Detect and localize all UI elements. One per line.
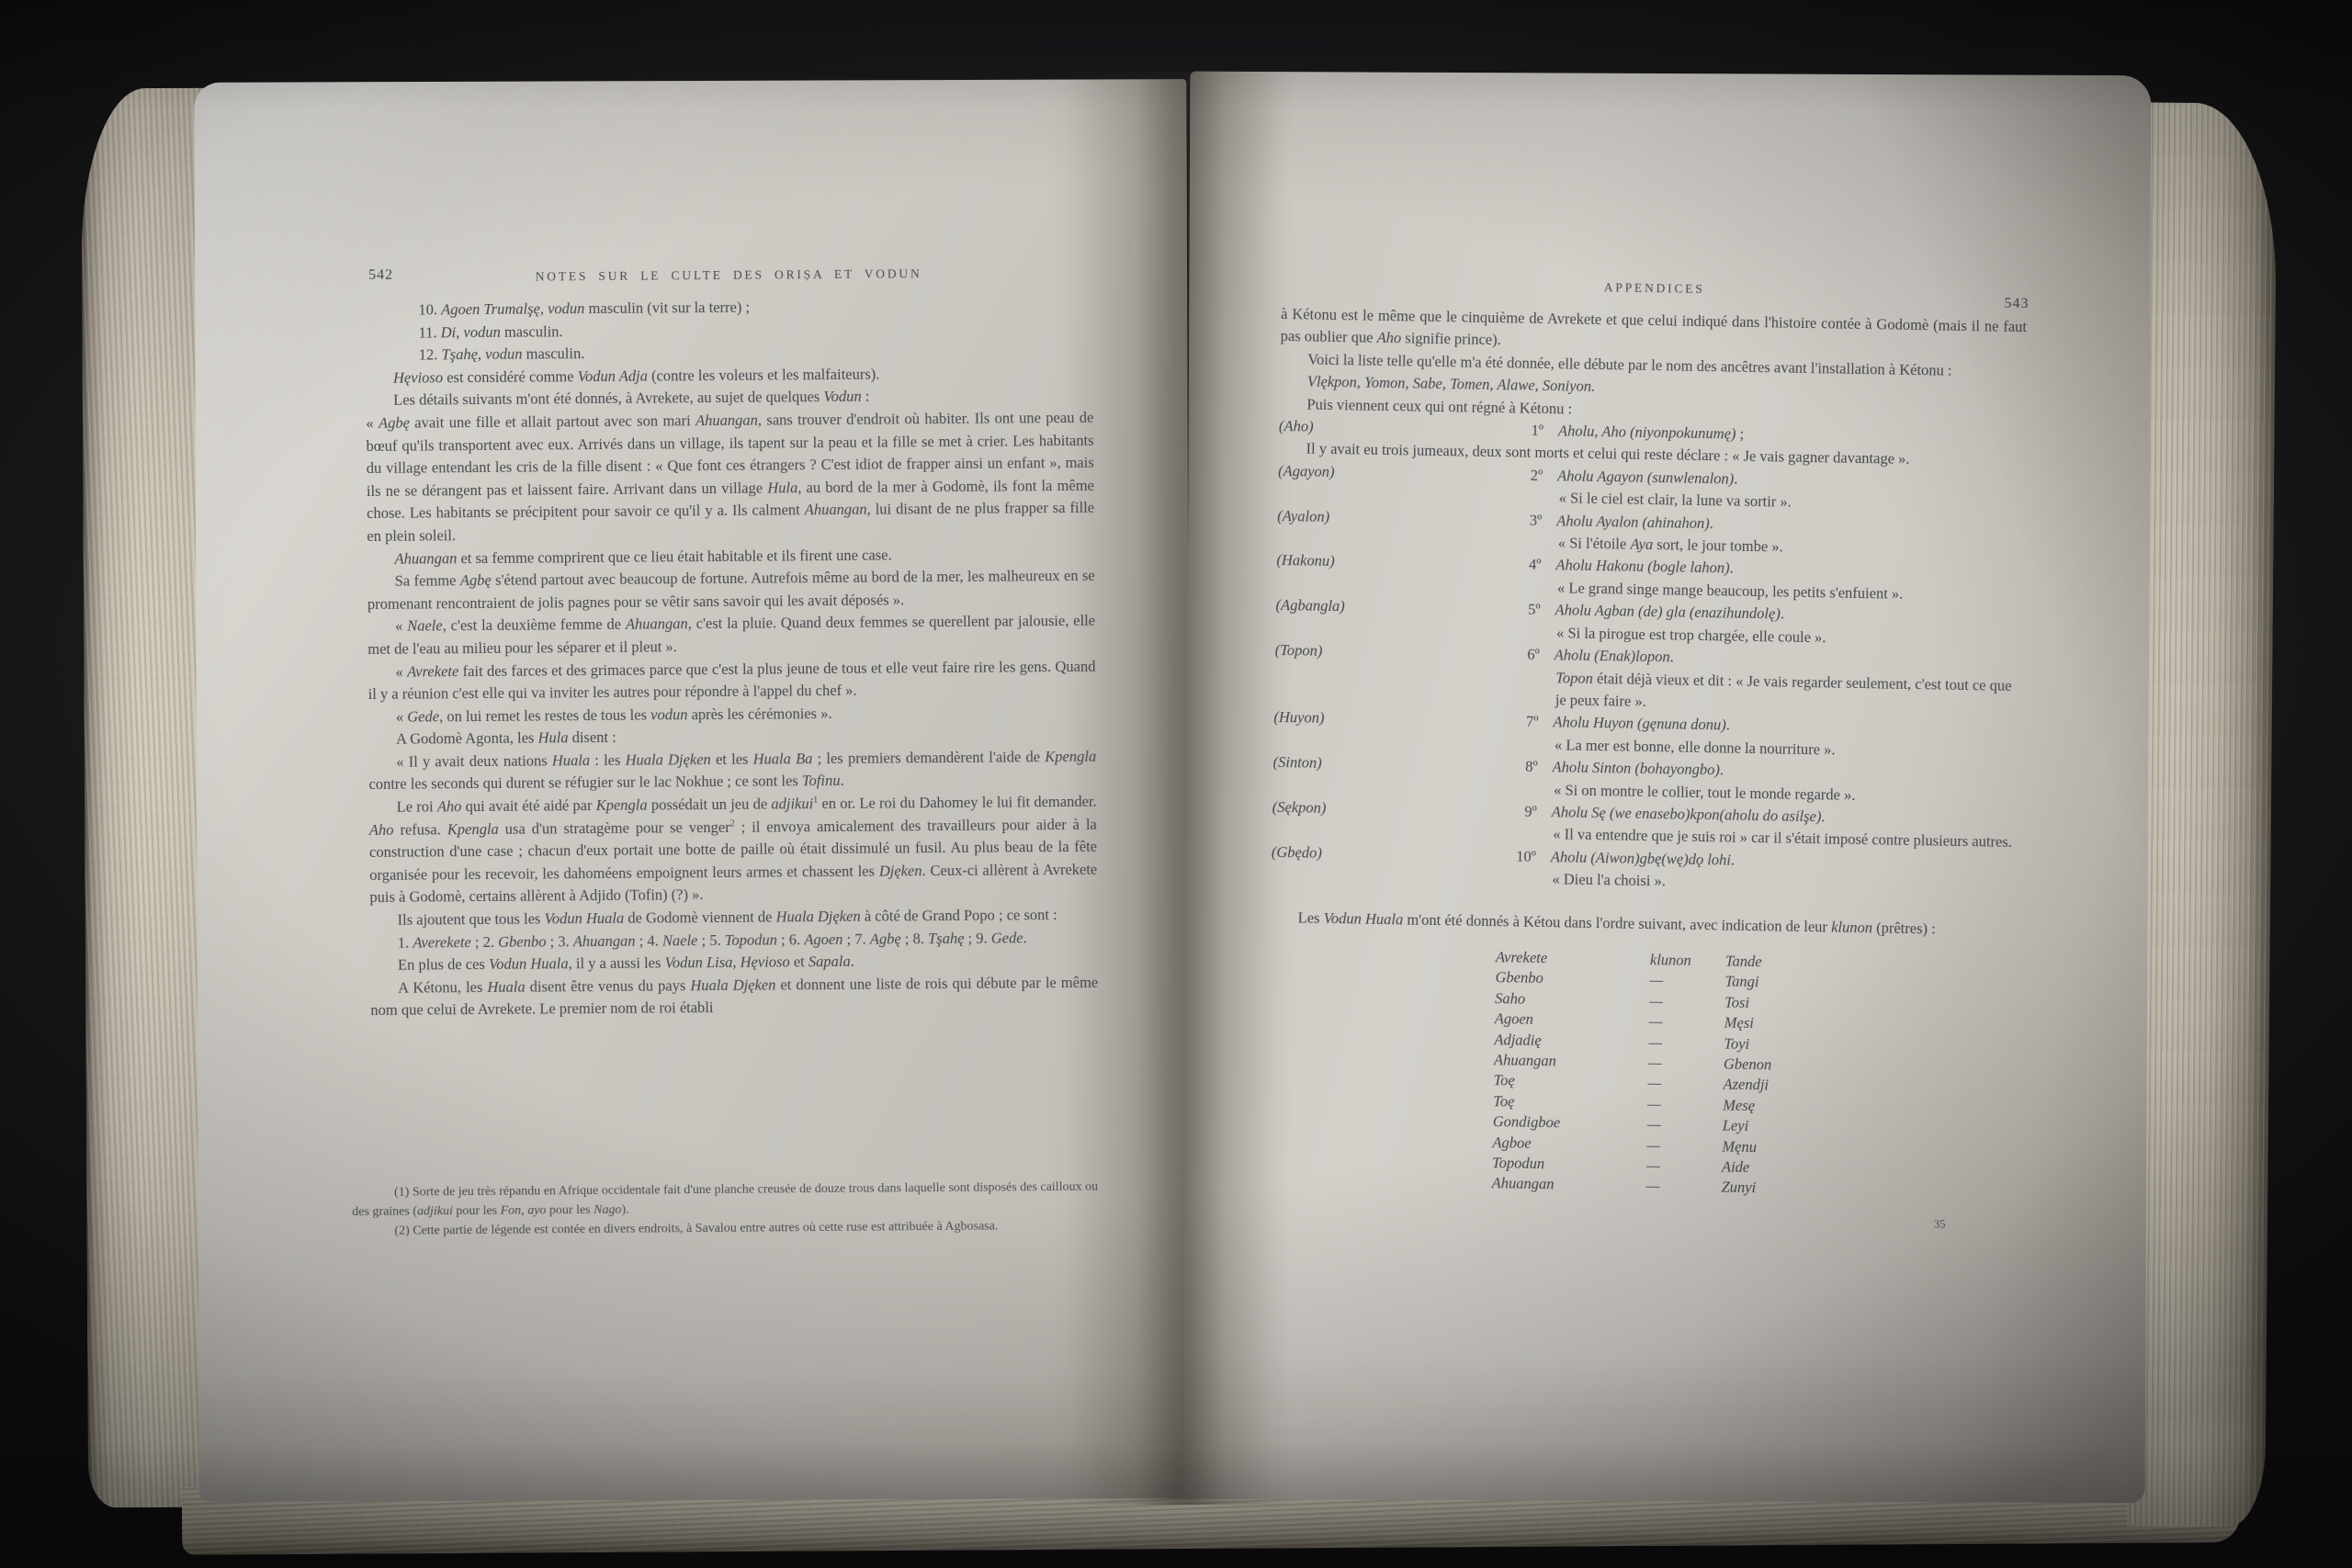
vodun-name: Agoen: [1495, 1009, 1644, 1032]
text-run: , c'est la deuxième femme de: [443, 615, 626, 635]
right-page-body: à Kétonu est le même que le cinquième de…: [1270, 303, 2027, 942]
text-run: ; les premiers demandèrent l'aide de: [812, 748, 1045, 767]
text-run: Ils ajoutent que tous les: [398, 910, 545, 929]
text-run: pour les: [453, 1204, 501, 1218]
text-run: .: [1729, 559, 1733, 577]
text-run: Les détails suivants m'ont été donnés, à…: [393, 388, 823, 409]
text-run: vodun: [463, 322, 500, 340]
text-run: .: [1731, 851, 1735, 868]
body-paragraph: « Naele, c'est la deuxième femme de Ahua…: [367, 610, 1095, 660]
ord-text: 7º: [1483, 710, 1538, 733]
ord-text: 6º: [1484, 643, 1539, 666]
left-running-title: NOTES SUR LE CULTE DES ORIṢA ET VODUN: [365, 259, 1092, 290]
text-run: Sapala: [808, 953, 851, 970]
lbl-text: (Sękpon): [1272, 796, 1482, 822]
lbl-text: (Agayon): [1278, 460, 1487, 486]
text-run: Vodun Huala: [489, 955, 569, 974]
text-run: Ahuangan: [805, 501, 867, 519]
text-run: Gede: [991, 929, 1023, 946]
klunon-name: Mesę: [1723, 1095, 1881, 1118]
text-run: A Godomè Agonta, les: [396, 729, 538, 748]
text-run: Hęvioso: [393, 368, 443, 386]
text-run: « Il y avait deux nations: [396, 751, 552, 770]
text-run: disent :: [568, 728, 616, 746]
klunon-name: Zunyi: [1721, 1178, 1879, 1201]
separator-dash: —: [1644, 970, 1724, 992]
text-run: Aholu, Aho (niyonpokunumę): [1558, 422, 1736, 442]
klunon-name: Leyi: [1723, 1116, 1881, 1139]
separator-dash: —: [1642, 1114, 1723, 1136]
text-run: qui avait été aidé par: [461, 796, 595, 815]
text-run: Aho: [1376, 329, 1401, 346]
text-run: (prêtres) :: [1872, 919, 1936, 937]
text-run: adjikui: [417, 1204, 453, 1218]
left-page-content: 542 NOTES SUR LE CULTE DES ORIṢA ET VODU…: [365, 259, 1098, 1022]
text-run: « Si le ciel est clair, la lune va sorti…: [1559, 490, 1792, 511]
separator-dash: klunon: [1645, 950, 1725, 972]
klunon-name: Tangi: [1724, 972, 1883, 995]
left-page-header: 542 NOTES SUR LE CULTE DES ORIṢA ET VODU…: [365, 259, 1092, 287]
lbl-text: (Agbangla): [1275, 594, 1485, 620]
text-run: Vodun: [823, 388, 861, 405]
text-run: avait une fille et allait partout avec s…: [410, 412, 695, 431]
text-run: Aholu Huyon (gęnuna donu): [1553, 714, 1726, 734]
separator-dash: —: [1640, 1176, 1721, 1198]
text-run: « Si l'étoile: [1558, 534, 1631, 552]
text-run: 12.: [419, 346, 442, 364]
text-run: Aya: [1630, 536, 1653, 553]
text-run: ayo: [527, 1203, 546, 1217]
text-run: sort, le jour tombe ».: [1653, 536, 1783, 555]
text-run: ,: [540, 299, 548, 317]
text-run: est considéré comme: [443, 367, 578, 386]
text-run: Tşahę: [928, 930, 965, 947]
text-run: .: [1821, 807, 1825, 825]
vodun-name: Ahuangan: [1494, 1050, 1643, 1073]
text-run: Ahuangan: [573, 931, 636, 950]
text-run: Vodun Huala: [544, 909, 624, 928]
text-run: m'ont été donnés à Kétou dans l'ordre su…: [1403, 910, 1831, 935]
klunon-name: Męnu: [1722, 1136, 1880, 1159]
text-run: 11.: [419, 323, 441, 341]
text-run: ; 2.: [471, 933, 498, 951]
text-run: Agoen Trumalşę: [441, 300, 540, 319]
vodun-name: Adjadię: [1494, 1030, 1643, 1053]
text-run: Les: [1298, 908, 1324, 926]
text-run: vodun: [485, 345, 522, 363]
text-run: (contre les voleurs et les malfaiteurs).: [648, 365, 880, 384]
text-run: 1.: [398, 933, 413, 951]
klunon-name: Azendji: [1723, 1075, 1881, 1098]
text-run: Agoen: [804, 931, 842, 948]
klunon-name: Tosi: [1724, 992, 1883, 1015]
text-run: Vodun Huala: [1323, 908, 1403, 928]
text-run: , il y a aussi les: [569, 954, 665, 973]
body-paragraph: « Avrekete fait des farces et des grimac…: [367, 655, 1095, 705]
separator-dash: —: [1643, 1053, 1724, 1075]
text-run: fait des farces et des grimaces parce qu…: [368, 657, 1096, 703]
ord-text: 4º: [1486, 553, 1541, 576]
text-run: Aho: [369, 820, 394, 838]
klunon-name: Gbenon: [1724, 1055, 1882, 1077]
ord-text: 10º: [1481, 845, 1536, 868]
text-run: vodun: [650, 705, 687, 723]
ord-text: 8º: [1482, 755, 1537, 778]
text-run: Aholu Agayon (sunwlenalon): [1557, 467, 1734, 487]
text-run: ;: [1736, 425, 1744, 443]
text-run: en or. Le roi du Dahomey le lui fit dema…: [818, 793, 1097, 812]
ord-text: 3º: [1487, 509, 1542, 532]
klunon-name: Toyi: [1724, 1033, 1882, 1056]
king-note: Topon était déjà vieux et dit : « Je vai…: [1555, 667, 2021, 720]
vodun-name: Avrekete: [1496, 947, 1645, 970]
body-paragraph: « Agbę avait une fille et allait partout…: [366, 407, 1094, 548]
text-run: .: [851, 953, 854, 970]
text-run: .: [1726, 716, 1730, 734]
text-run: klunon: [1831, 918, 1872, 936]
text-run: était déjà vieux et dit : « Je vais rega…: [1555, 669, 2012, 709]
text-run: Hula: [767, 479, 797, 496]
text-run: ; 7.: [842, 930, 869, 947]
separator-dash: —: [1642, 1094, 1723, 1116]
text-run: après les cérémonies ».: [687, 705, 831, 723]
text-run: Ahuangan: [394, 549, 457, 568]
vodun-name: Toę: [1493, 1071, 1642, 1094]
text-run: , on lui remet les restes de tous les: [439, 705, 650, 725]
text-run: vodun: [548, 299, 584, 317]
text-run: masculin (vit sur la terre) ;: [584, 299, 750, 317]
text-run: Topodun: [725, 931, 777, 948]
text-run: «: [395, 617, 407, 635]
text-run: Huala Djęken: [690, 976, 775, 994]
vodun-name: Ahuangan: [1491, 1174, 1640, 1197]
text-run: Kpengla: [596, 796, 648, 814]
signature-number: 35: [1934, 1213, 2007, 1236]
text-run: Fon: [501, 1204, 522, 1218]
text-run: «: [396, 707, 408, 725]
open-book-photo: 542 NOTES SUR LE CULTE DES ORIṢA ET VODU…: [0, 0, 2352, 1568]
text-run: (2) Cette partie de légende est contée e…: [394, 1219, 998, 1237]
text-run: .: [1670, 649, 1674, 666]
text-run: Di: [441, 323, 457, 341]
text-run: et: [790, 953, 808, 970]
text-run: Aholu (Aiwon)gbę(wę)dǫ lohi: [1551, 848, 1731, 868]
text-run: « Dieu l'a choisi ».: [1552, 870, 1666, 889]
text-run: .: [1720, 761, 1724, 779]
text-run: :: [862, 388, 870, 405]
lbl-text: (Topon): [1275, 639, 1485, 665]
ord-text: 9º: [1482, 800, 1537, 823]
left-page-body: 10. Agoen Trumalşę, vodun masculin (vit …: [365, 294, 1098, 1022]
text-run: Gbenbo: [498, 932, 546, 950]
footnote: (1) Sorte de jeu très répandu en Afrique…: [352, 1178, 1098, 1222]
text-run: Gede: [407, 707, 439, 725]
text-run: et sa femme comprirent que ce lieu était…: [457, 546, 891, 567]
text-run: masculin.: [522, 344, 584, 363]
text-run: .: [1734, 469, 1737, 487]
klunon-name: Aide: [1722, 1157, 1880, 1180]
text-run: Huala Ba: [753, 750, 813, 768]
lbl-text: (Hakonu): [1276, 549, 1486, 575]
text-run: Aho: [437, 797, 462, 815]
text-run: ; 6.: [777, 931, 804, 948]
text-run: « Si la pirogue est trop chargée, elle c…: [1556, 624, 1826, 646]
text-run: Agbę: [870, 930, 901, 947]
text-run: Kpengla: [1045, 748, 1096, 765]
lbl-text: (Gbędo): [1272, 841, 1481, 867]
right-page-content: APPENDICES 543 à Kétonu est le même que …: [1265, 268, 2028, 1236]
separator-dash: —: [1643, 1032, 1724, 1055]
text-run: possédait un jeu de: [648, 795, 772, 814]
text-run: Hęvioso: [741, 953, 790, 971]
text-run: Avrekete: [407, 662, 458, 680]
text-run: Naele: [407, 617, 443, 635]
lbl-text: (Sinton): [1272, 751, 1482, 777]
text-run: Vodun Adja: [578, 367, 648, 385]
text-run: Agbę: [379, 414, 410, 432]
text-run: Nago: [594, 1203, 621, 1217]
text-run: Agbę: [460, 571, 492, 589]
separator-dash: —: [1644, 1011, 1724, 1033]
text-run: ,: [456, 323, 463, 341]
text-run: Aholu Agban (de) gla (enazihundolę): [1555, 602, 1781, 623]
text-run: En plus de ces: [398, 955, 489, 974]
text-run: Averekete: [413, 933, 471, 951]
ord-text: 1º: [1488, 419, 1543, 442]
lbl-text: (Ayalon): [1277, 505, 1487, 531]
text-run: Ahuangan: [695, 412, 758, 430]
text-run: ).: [621, 1203, 628, 1217]
body-paragraph: A Kétonu, les Huala disent être venus du…: [370, 972, 1098, 1022]
text-run: A Kétonu, les: [398, 978, 487, 997]
body-paragraph: Sa femme Agbę s'étend partout avec beauc…: [367, 565, 1095, 615]
text-run: Vodun Lisa: [664, 953, 732, 972]
text-run: Huala: [487, 977, 525, 995]
text-run: Djęken: [879, 862, 922, 879]
text-run: ; 8.: [901, 930, 928, 947]
vodun-name: Agboe: [1492, 1133, 1641, 1156]
text-run: ; 9.: [964, 929, 990, 946]
text-run: de Godomè viennent de: [624, 908, 776, 927]
text-run: Aholu Ayalon (ahinahon): [1556, 512, 1710, 532]
text-run: « La mer est bonne, elle donne la nourri…: [1555, 736, 1836, 758]
text-run: Tofinu: [802, 772, 841, 789]
text-run: contre les seconds qui durent se réfugie…: [368, 773, 802, 794]
text-run: Topon: [1555, 669, 1593, 687]
separator-dash: —: [1642, 1073, 1723, 1095]
text-run: Huala Djęken: [776, 908, 861, 926]
text-run: pour les: [546, 1203, 594, 1217]
klunon-name: Tande: [1725, 952, 1883, 975]
vodun-name: Gbenbo: [1495, 968, 1644, 991]
left-page-footnotes: (1) Sorte de jeu très répandu en Afrique…: [352, 1178, 1098, 1241]
text-run: Sa femme: [395, 571, 460, 590]
text-run: Huala: [552, 751, 590, 769]
text-run: « Le grand singe mange beaucoup, les pet…: [1557, 579, 1904, 603]
text-run: Naele: [662, 931, 698, 949]
ord-text: 5º: [1485, 598, 1540, 621]
text-run: Aholu (Enak)lopon: [1555, 646, 1670, 665]
text-run: Hula: [537, 729, 568, 747]
text-run: masculin.: [501, 322, 563, 341]
body-paragraph: « Il y avait deux nations Huala : les Hu…: [368, 746, 1096, 796]
text-run: signifie prince).: [1401, 330, 1501, 349]
text-run: adjikui: [771, 795, 813, 812]
text-run: Le roi: [397, 797, 437, 815]
left-page-number: 542: [368, 265, 393, 288]
vodun-name: Gondigboe: [1493, 1111, 1642, 1134]
text-run: 10.: [418, 300, 441, 318]
text-run: .: [1710, 514, 1713, 532]
text-run: Tşahę: [441, 345, 478, 363]
separator-dash: —: [1641, 1156, 1722, 1178]
vodun-name: Toę: [1493, 1091, 1642, 1114]
text-run: à côté de Grand Popo ; ce sont :: [861, 906, 1057, 925]
right-page-number: 543: [2004, 293, 2029, 316]
body-paragraph: Les Vodun Huala m'ont été donnés à Kétou…: [1270, 906, 2016, 942]
text-run: refusa.: [393, 820, 447, 838]
text-run: Aholu Sę (we enasebo)kpon(aholu do asilş…: [1552, 803, 1822, 825]
text-run: Puis viennent ceux qui ont régné à Kéton…: [1306, 395, 1572, 417]
text-run: : les: [590, 751, 626, 769]
separator-dash: —: [1641, 1135, 1722, 1157]
separator-dash: —: [1644, 991, 1724, 1013]
text-run: Huala Djęken: [626, 750, 711, 769]
text-run: et les: [711, 750, 753, 768]
text-run: Aholu Sinton (bohayongbo): [1552, 758, 1720, 778]
text-run: Aholu Hakonu (bogle lahon): [1555, 557, 1730, 577]
text-run: ; 4.: [636, 931, 662, 949]
body-paragraph: Le roi Aho qui avait été aidé par Kpengl…: [369, 791, 1098, 909]
text-run: « Si on montre le collier, tout le monde…: [1554, 781, 1856, 804]
text-run: «: [395, 662, 407, 680]
text-run: Ahuangan: [626, 615, 688, 634]
text-run: ; 3.: [546, 932, 572, 950]
klunon-name: Męsi: [1724, 1013, 1883, 1036]
text-run: Kpengla: [447, 820, 499, 838]
ord-text: 2º: [1487, 464, 1543, 487]
vodun-name: Topodun: [1492, 1153, 1641, 1176]
text-run: disent être venus du pays: [526, 976, 691, 995]
text-run: .: [840, 772, 843, 789]
vodun-klunon-table: AvreketeklunonTandeGbenbo—TangiSaho—Tosi…: [1491, 947, 2016, 1203]
vodun-name: Saho: [1495, 988, 1644, 1011]
lbl-text: (Huyon): [1273, 706, 1483, 732]
text-run: ,: [732, 953, 740, 971]
text-run: .: [1023, 929, 1027, 946]
text-run: usa d'un stratagème pour se venger: [499, 818, 730, 838]
text-run: «: [366, 414, 379, 432]
text-run: ; 5.: [697, 931, 724, 949]
text-run: .: [1781, 605, 1784, 623]
text-run: Vlękpon, Yomon, Sabe, Tomen, Alawe, Soni…: [1307, 373, 1596, 395]
